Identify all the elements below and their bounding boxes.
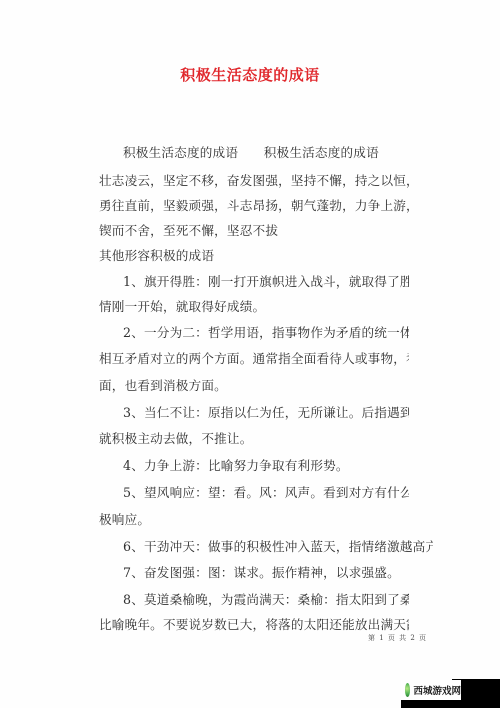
- text-line: 勇往直前，坚毅顽强，斗志昂扬，朝气蓬勃，力争上游，: [99, 198, 409, 214]
- text-line: 壮志凌云，坚定不移，奋发图强，坚持不懈，持之以恒，: [99, 173, 409, 189]
- text-line: 相互矛盾对立的两个方面。通常指全面看待人或事物，看到积极方: [99, 351, 409, 367]
- document-title: 积极生活态度的成语: [0, 64, 500, 85]
- subtitle-line: 积极生活态度的成语 积极生活态度的成语: [123, 145, 433, 161]
- text-line: 3、当仁不让：原指以仁为任，无所谦让。后指遇到应该做的事: [123, 405, 409, 421]
- text-line: 就积极主动去做，不推让。: [99, 431, 409, 447]
- document-page: 积极生活态度的成语 积极生活态度的成语 积极生活态度的成语 壮志凌云，坚定不移，…: [0, 0, 500, 708]
- text-line: 4、力争上游：比喻努力争取有利形势。: [123, 458, 433, 474]
- text-line: 5、望风响应：望：看。风：风声。看到对方有什么举动，就积: [123, 485, 409, 501]
- leaf-logo-icon: [405, 683, 410, 697]
- watermark-text: 西城游戏网: [413, 683, 461, 697]
- text-line: 6、干劲冲天：做事的积极性冲入蓝天，指情绪激越高亢。: [123, 539, 433, 555]
- text-line: 面，也看到消极方面。: [99, 378, 409, 394]
- text-line: 极响应。: [99, 512, 409, 528]
- text-line: 8、莫道桑榆晚，为霞尚满天：桑榆：指太阳到了桑榆星附近，: [123, 592, 409, 608]
- text-line: 2、一分为二：哲学用语，指事物作为矛盾的统一体，都包含着: [123, 325, 409, 341]
- text-line: 7、奋发图强：图：谋求。振作精神，以求强盛。: [123, 565, 433, 581]
- text-line: 比喻晚年。不要说岁数已大，将落的太阳还能放出满天霞光。比喻: [99, 617, 409, 633]
- text-line: 锲而不舍，至死不懈，坚忍不拔: [99, 223, 409, 239]
- text-line: 情刚一开始，就取得好成绩。: [99, 299, 409, 315]
- watermark-bar: [401, 700, 500, 708]
- text-line: 1、旗开得胜：刚一打开旗帜进入战斗，就取得了胜利。比喻事: [123, 274, 409, 290]
- section-heading: 其他形容积极的成语: [99, 248, 409, 264]
- page-number: 第 1 页 共 2 页: [368, 633, 427, 643]
- watermark: 西城游戏网: [401, 680, 461, 700]
